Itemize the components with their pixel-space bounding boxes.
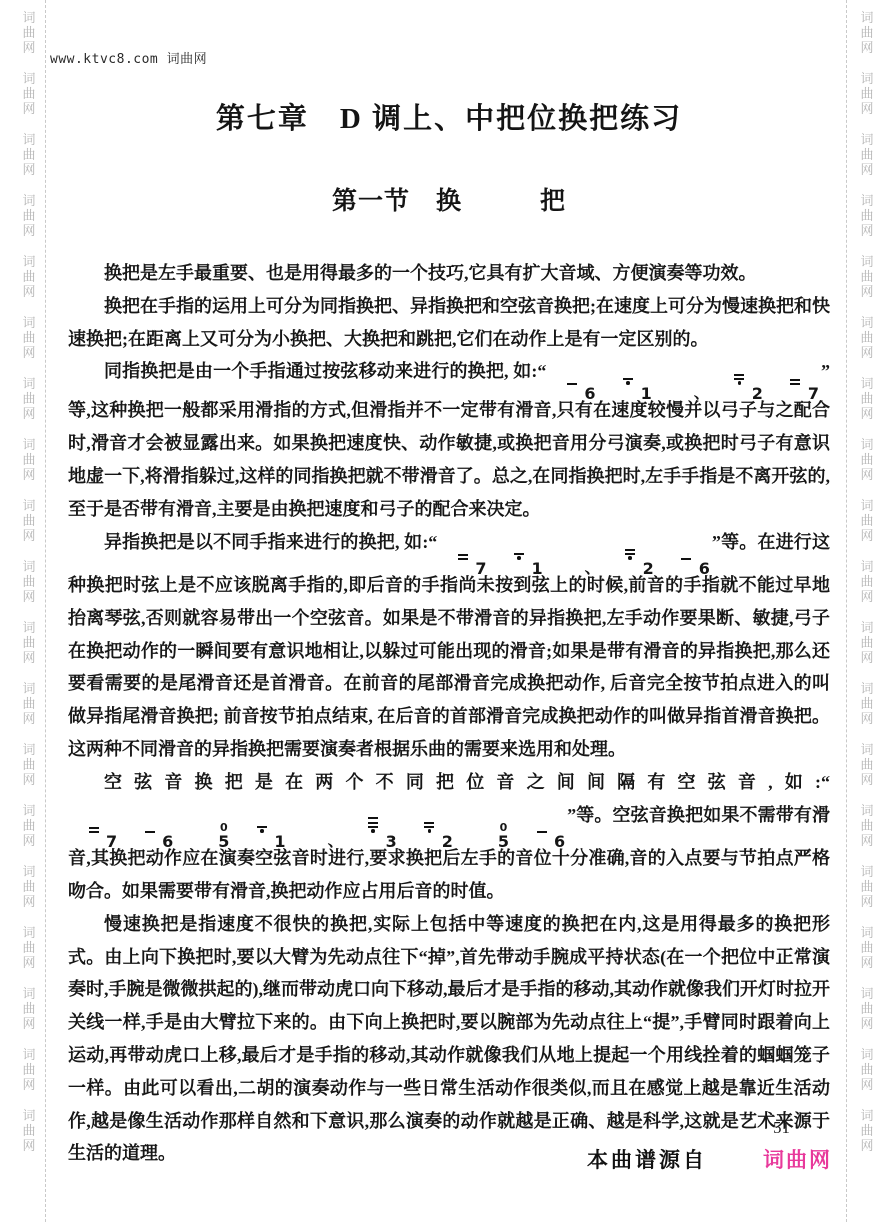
left-watermark-column: 词曲网词曲网词曲网词曲网词曲网词曲网词曲网词曲网词曲网词曲网词曲网词曲网词曲网词… [18,10,40,1222]
finger-mark [368,813,378,828]
note-digit: 1 [238,834,285,850]
watermark-group: 词曲网 [22,10,35,55]
watermark-group: 词曲网 [860,376,873,421]
jianpu-note: 2 [406,813,453,850]
page-number: 51 [773,1118,790,1138]
watermark-group: 词曲网 [22,559,35,604]
octave-dot [428,829,432,833]
notation-separator: 、 [292,834,344,850]
note-digit: 1 [605,386,652,402]
note-digit: 6 [126,834,173,850]
watermark-group: 词曲网 [860,498,873,543]
paragraph-text: 换把在手指的运用上可分为同指换把、异指换把和空弦音换把;在速度上可分为慢速换把和… [68,296,830,349]
watermark-group: 词曲网 [860,559,873,604]
finger-mark [681,545,691,560]
note-digit: 2 [406,834,453,850]
note-digit: 2 [716,386,763,402]
notation-separator: 、 [549,561,601,577]
note-digit: 6 [518,834,565,850]
paragraph-2: 换把在手指的运用上可分为同指换把、异指换把和空弦音换把;在速度上可分为慢速换把和… [68,290,830,356]
footer: 本曲谱源自 词曲网 [0,1144,846,1174]
watermark-group: 词曲网 [22,254,35,299]
jianpu-note: 1 [495,540,542,577]
jianpu-note: 7 [70,818,117,850]
left-dashed-rule [45,0,46,1222]
finger-mark [89,818,99,833]
jianpu-notation-same_finger: 61、27 [548,365,819,402]
note-digit: 6 [663,561,710,577]
note-digit: 7 [439,561,486,577]
watermark-group: 词曲网 [860,254,873,299]
finger-mark [625,540,635,555]
jianpu-notation-open_string: 76051、32056 [70,813,565,850]
scanned-document-page: 词曲网词曲网词曲网词曲网词曲网词曲网词曲网词曲网词曲网词曲网词曲网词曲网词曲网词… [0,0,894,1222]
paragraph-text: 换把是左手最重要、也是用得最多的一个技巧,它具有扩大音域、方便演奏等功效。 [104,263,757,283]
jianpu-note: 3 [350,813,397,850]
watermark-group: 词曲网 [860,71,873,116]
jianpu-note: 2 [607,540,654,577]
watermark-group: 词曲网 [860,986,873,1031]
finger-mark [145,818,155,833]
note-digit: 1 [495,561,542,577]
watermark-group: 词曲网 [860,803,873,848]
jianpu-note: 05 [462,818,509,850]
note-digit: 6 [548,386,595,402]
octave-dot [628,556,632,560]
page-content: 第七章 D 调上、中把位换把练习 第一节 换 把 换把是左手最重要、也是用得最多… [68,96,830,1170]
finger-mark [458,545,468,560]
watermark-group: 词曲网 [860,132,873,177]
note-digit: 5 [462,834,509,850]
watermark-group: 词曲网 [22,498,35,543]
octave-dot [738,381,742,385]
jianpu-note: 6 [518,818,565,850]
footer-site-link[interactable]: 词曲网 [763,1144,832,1174]
finger-mark [424,813,434,828]
finger-mark [514,540,524,555]
watermark-group: 词曲网 [860,193,873,238]
chapter-title: 第七章 D 调上、中把位换把练习 [68,96,830,137]
watermark-group: 词曲网 [22,620,35,665]
finger-mark [567,370,577,385]
jianpu-note: 2 [716,365,763,402]
watermark-group: 词曲网 [22,864,35,909]
right-dashed-rule [846,0,847,1222]
finger-mark [734,365,744,380]
watermark-group: 词曲网 [860,742,873,787]
note-digit: 7 [70,834,117,850]
watermark-group: 词曲网 [22,925,35,970]
octave-dot [517,556,521,560]
watermark-group: 词曲网 [860,681,873,726]
note-digit: 2 [607,561,654,577]
footer-source-label: 本曲谱源自 [587,1144,707,1174]
jianpu-note: 05 [182,818,229,850]
paragraph-text: 同指换把是由一个手指通过按弦移动来进行的换把, 如:“ [104,361,546,381]
site-watermark-text: www.ktvc8.com 词曲网 [50,48,207,67]
paragraph-1: 换把是左手最重要、也是用得最多的一个技巧,它具有扩大音域、方便演奏等功效。 [68,257,830,290]
watermark-group: 词曲网 [860,10,873,55]
paragraph-3: 同指换把是由一个手指通过按弦移动来进行的换把, 如:“61、27”等,这种换把一… [68,355,830,525]
jianpu-notation-diff_finger: 71、26 [439,540,710,577]
watermark-group: 词曲网 [22,742,35,787]
watermark-group: 词曲网 [22,681,35,726]
watermark-group: 词曲网 [22,193,35,238]
open-string-mark: 0 [184,818,228,833]
paragraph-6: 慢速换把是指速度不很快的换把,实际上包括中等速度的换把在内,这是用得最多的换把形… [68,908,830,1170]
notation-separator: 、 [658,386,710,402]
paragraph-5: 空弦音换把是在两个不同把位音之间间隔有空弦音,如:“76051、32056”等。… [68,766,830,908]
finger-mark [537,818,547,833]
open-string-mark: 0 [464,818,508,833]
right-watermark-column: 词曲网词曲网词曲网词曲网词曲网词曲网词曲网词曲网词曲网词曲网词曲网词曲网词曲网词… [856,10,878,1222]
watermark-group: 词曲网 [22,1047,35,1092]
watermark-group: 词曲网 [22,803,35,848]
jianpu-note: 1 [238,813,285,850]
paragraph-text: 慢速换把是指速度不很快的换把,实际上包括中等速度的换把在内,这是用得最多的换把形… [68,914,830,1164]
note-digit: 7 [772,386,819,402]
watermark-group: 词曲网 [22,376,35,421]
jianpu-note: 7 [439,545,486,577]
watermark-group: 词曲网 [22,986,35,1031]
jianpu-note: 6 [663,545,710,577]
watermark-group: 词曲网 [860,620,873,665]
note-digit: 5 [182,834,229,850]
watermark-group: 词曲网 [860,437,873,482]
watermark-group: 词曲网 [22,71,35,116]
watermark-group: 词曲网 [22,315,35,360]
jianpu-note: 6 [126,818,173,850]
jianpu-note: 6 [548,370,595,402]
watermark-group: 词曲网 [860,925,873,970]
octave-dot [626,381,630,385]
jianpu-note: 1 [605,365,652,402]
jianpu-note: 7 [772,370,819,402]
octave-dot [260,829,264,833]
finger-mark [623,365,633,380]
note-digit: 3 [350,834,397,850]
body-text: 换把是左手最重要、也是用得最多的一个技巧,它具有扩大音域、方便演奏等功效。换把在… [68,257,830,1170]
section-title: 第一节 换 把 [68,181,830,217]
watermark-group: 词曲网 [860,1047,873,1092]
finger-mark [257,813,267,828]
watermark-group: 词曲网 [860,1108,873,1153]
watermark-group: 词曲网 [22,132,35,177]
watermark-group: 词曲网 [860,315,873,360]
watermark-group: 词曲网 [22,437,35,482]
octave-dot [371,829,375,833]
paragraph-text: 异指换把是以不同手指来进行的换把, 如:“ [104,532,437,552]
paragraph-4: 异指换把是以不同手指来进行的换把, 如:“71、26”等。在进行这种换把时弦上是… [68,526,830,766]
watermark-group: 词曲网 [860,864,873,909]
finger-mark [790,370,800,385]
paragraph-text: 空弦音换把是在两个不同把位音之间间隔有空弦音,如:“ [104,772,830,792]
